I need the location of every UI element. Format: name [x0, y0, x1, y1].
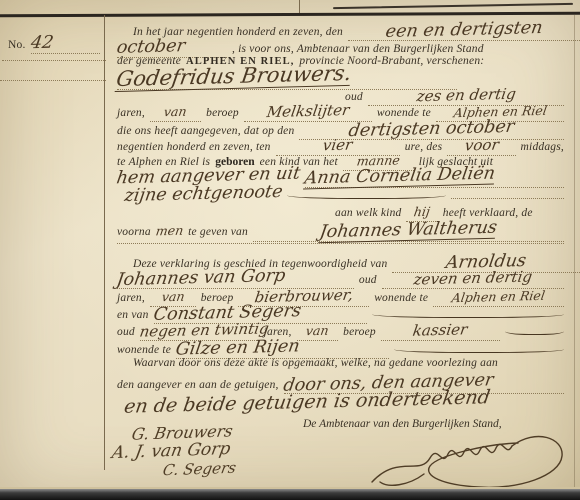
signature-witness2: C. Segers	[161, 459, 237, 480]
witness2-residence-row: wonende te Gilze en Rijen	[117, 338, 564, 359]
printed-text: en van	[117, 309, 149, 321]
printed-text: oud	[117, 326, 135, 338]
handwritten-van: van	[305, 323, 330, 339]
printed-text: voorna	[117, 226, 151, 238]
act-number-row: No. 42	[8, 33, 100, 54]
margin-divider-line	[104, 15, 105, 470]
printed-text: wonende te	[117, 344, 171, 356]
printed-text: te geven van	[188, 226, 248, 238]
handwritten-men: men	[155, 223, 185, 239]
closing-row-1: Waarvan door ons deze akte is opgemaakt,…	[117, 357, 580, 369]
birth-certificate-scan: No. 42 In het jaar negentien honderd en …	[0, 0, 580, 500]
act-separator-rule	[0, 12, 580, 18]
handwritten-closing-2: en de beide getuigen is onderteekend	[123, 386, 492, 418]
handwritten-van: van	[163, 104, 188, 120]
printed-text: jaren,	[117, 107, 145, 119]
page-bottom-dark-edge	[0, 489, 580, 500]
printed-text: beroep	[343, 326, 376, 338]
ink-filler-line	[372, 309, 564, 318]
margin-dotted-line	[0, 80, 106, 81]
column-divider-top	[299, 0, 300, 13]
child-names-row: voorna men te geven van Johannes Walther…	[117, 220, 564, 242]
handwritten-spouse-text: zijne echtgenoote	[123, 182, 284, 206]
printed-text: , is voor ons, Ambtenaar van den Burgerl…	[232, 43, 484, 55]
act-number-value: 42	[29, 33, 54, 54]
handwritten-witness2-profession: kassier	[412, 320, 469, 339]
handwritten-declarant-name: Godefridus Brouwers.	[115, 61, 354, 92]
ink-filler-line	[394, 344, 564, 353]
printed-text: den aangever en aan de getuigen,	[117, 379, 279, 391]
printed-text: aan welk kind	[335, 207, 401, 219]
handwritten-child-names: Johannes Waltherus	[318, 218, 498, 244]
printed-text: oud	[359, 274, 377, 286]
printed-text: beroep	[206, 107, 239, 119]
blank-dotted-line	[451, 184, 564, 199]
blank-dotted-line	[117, 243, 564, 244]
handwritten-van: van	[160, 289, 185, 305]
official-signature-flourish	[368, 424, 568, 492]
printed-text: Waarvan door ons deze akte is opgemaakt,…	[133, 357, 498, 369]
handwritten-hij: hij	[413, 204, 431, 219]
ink-filler-line	[287, 190, 446, 199]
handwritten-witness1-age: zeven en dertig	[412, 267, 533, 288]
printed-text: wonende te	[377, 107, 431, 119]
previous-act-ink-stroke	[333, 3, 573, 9]
closing-row-3: en de beide getuigen is onderteekend	[125, 391, 505, 413]
margin-dotted-line	[2, 60, 106, 61]
ink-filler-line	[505, 326, 564, 335]
act-number-label: No.	[8, 39, 26, 51]
mother-spouse-row: zijne echtgenoote	[125, 184, 564, 204]
